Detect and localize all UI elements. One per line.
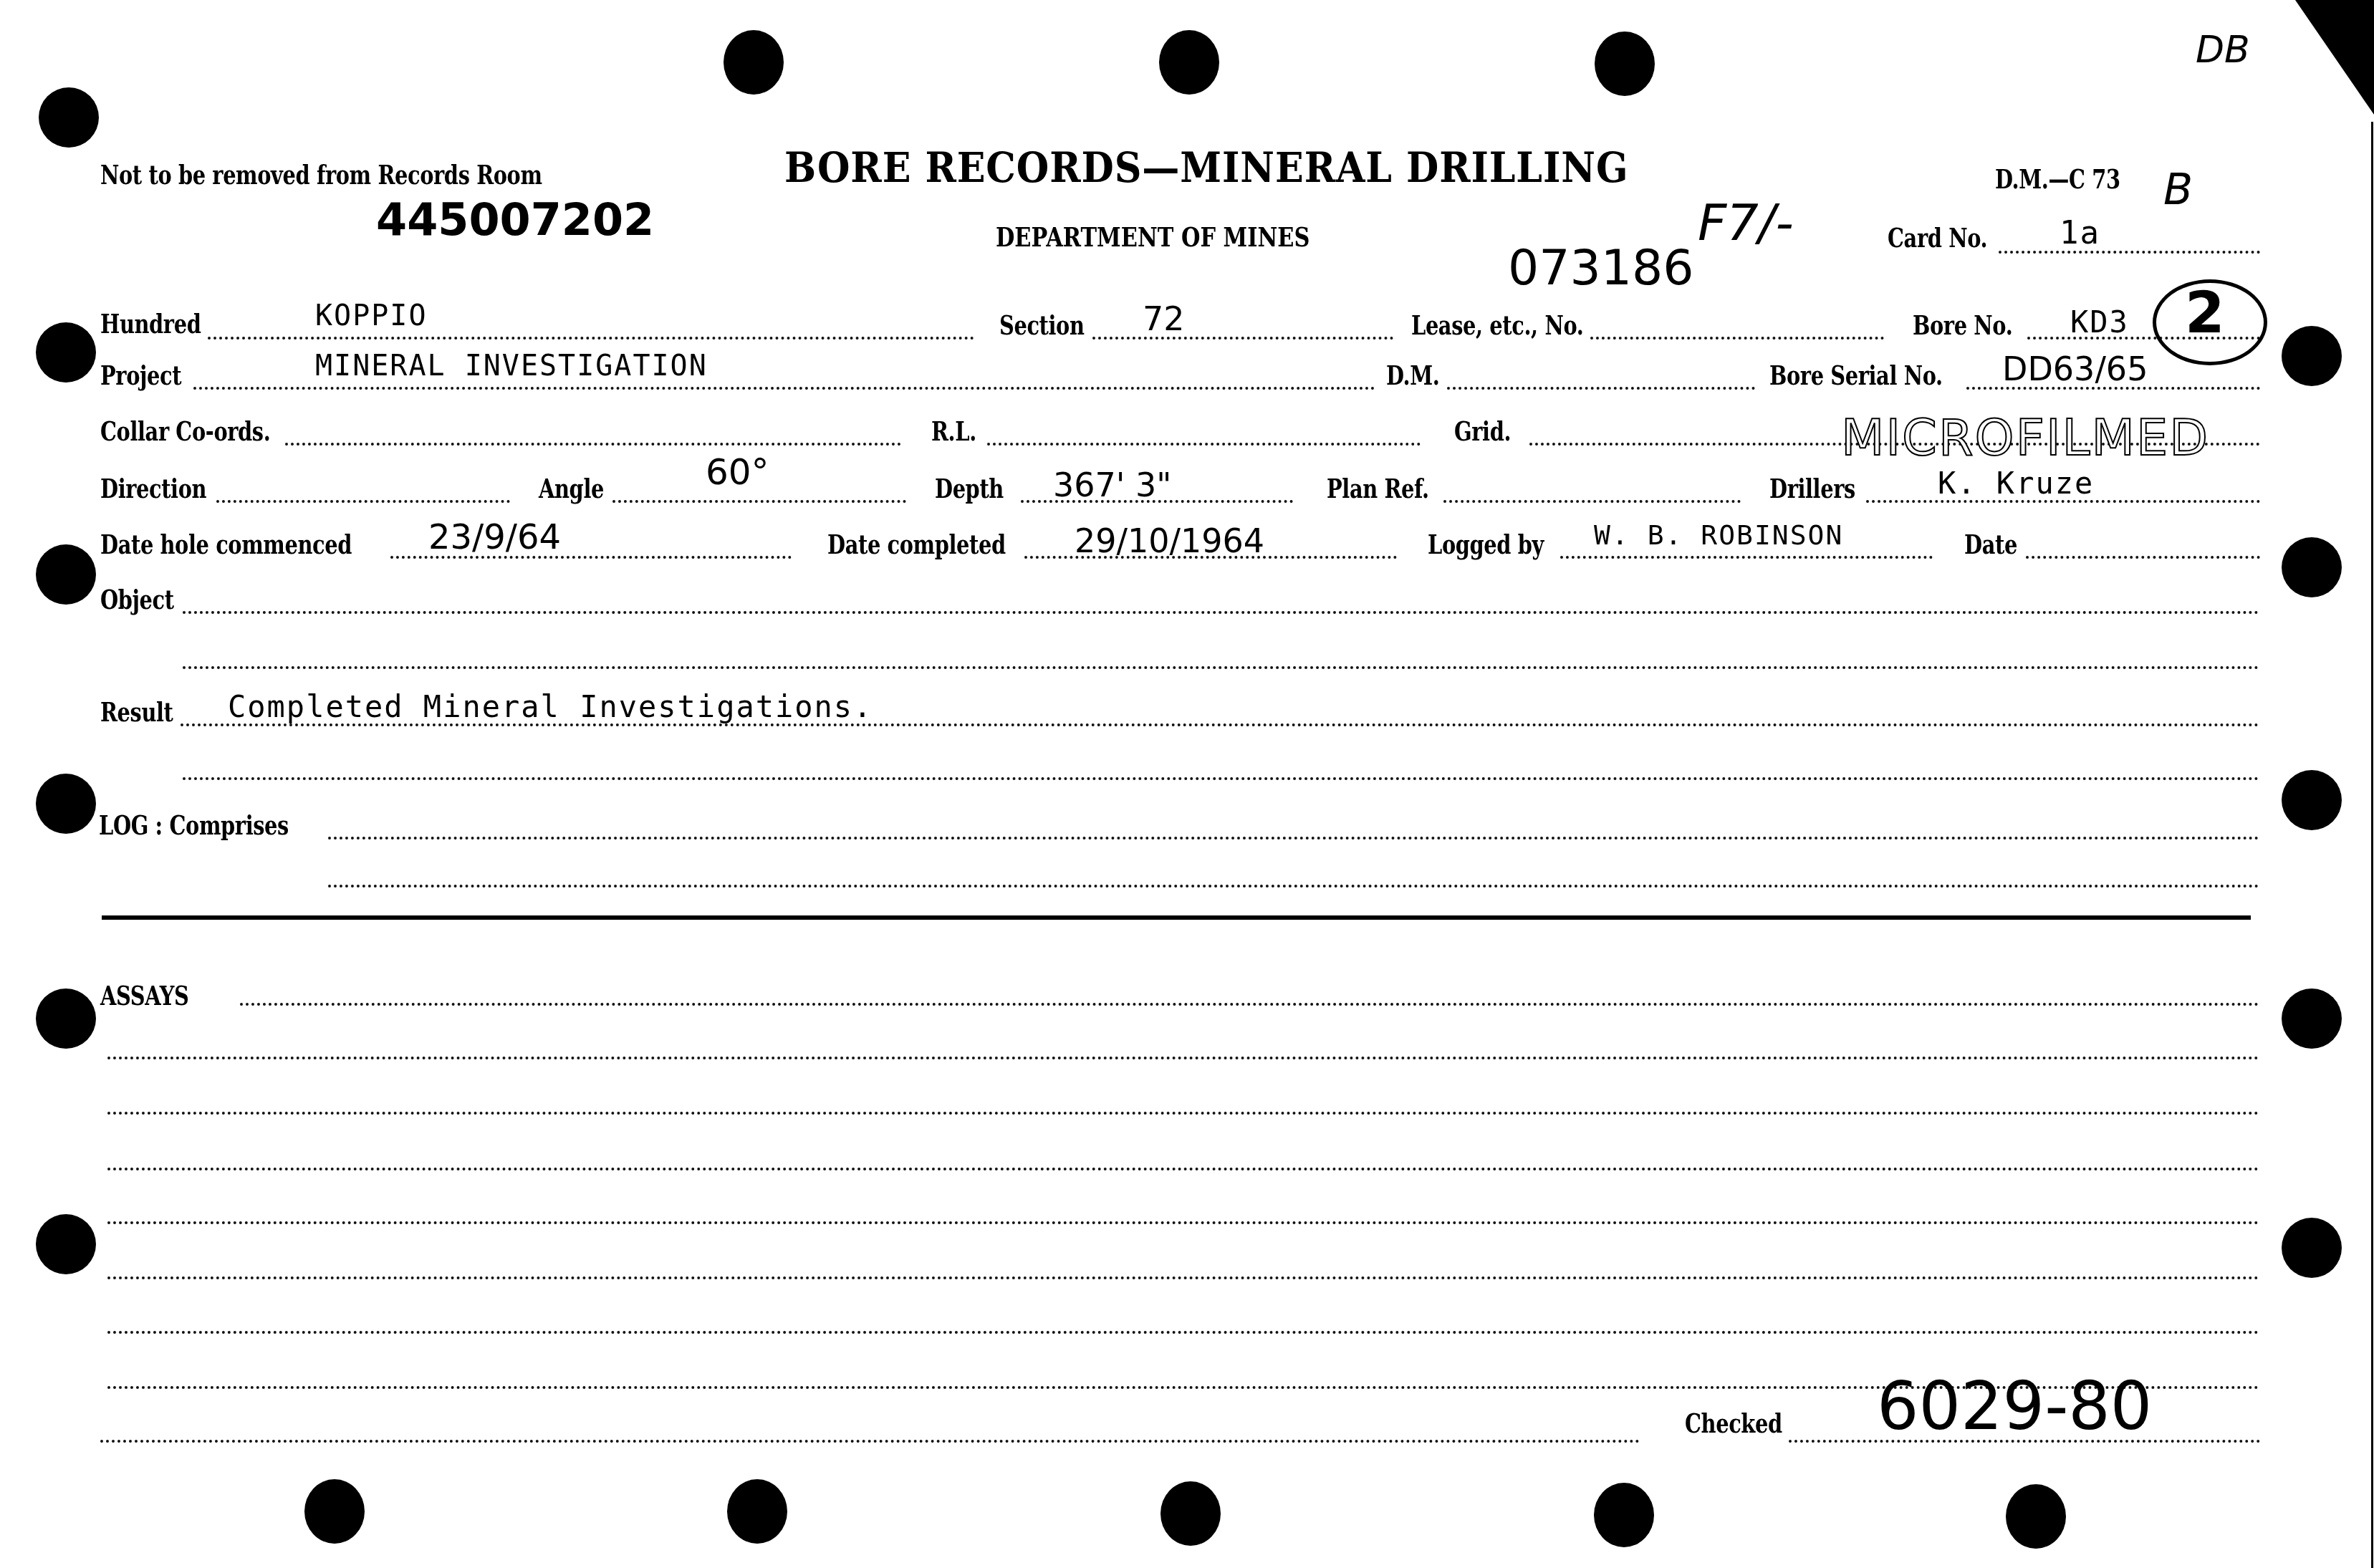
punch-hole (724, 30, 784, 95)
plan-ref-label: Plan Ref. (1327, 473, 1429, 504)
checked-label: Checked (1685, 1408, 1782, 1439)
punch-hole (2282, 989, 2342, 1049)
card-no-label: Card No. (1888, 222, 1987, 254)
rl-label: R.L. (931, 415, 976, 447)
punch-hole (1595, 32, 1655, 96)
assays-line (240, 1003, 2260, 1006)
project-value: MINERAL INVESTIGATION (315, 350, 708, 383)
bore-serial-label: Bore Serial No. (1769, 360, 1943, 391)
date-label: Date (1964, 529, 2017, 560)
assays-line (107, 1168, 2260, 1170)
handwritten-reference: 073186 (1508, 240, 1694, 297)
direction-label: Direction (100, 473, 206, 504)
object-label: Object (100, 584, 174, 615)
plan-ref-line (1443, 500, 1741, 503)
log-line-2 (328, 885, 2260, 888)
date-completed-label: Date completed (827, 529, 1006, 560)
assays-line (107, 1057, 2260, 1059)
logged-by-line (1560, 556, 1933, 559)
punch-hole (304, 1479, 365, 1544)
lease-line (1590, 337, 1884, 340)
punch-hole (2282, 1218, 2342, 1278)
punch-hole (2282, 537, 2342, 597)
punch-hole (1159, 30, 1219, 95)
assays-line (107, 1276, 2260, 1279)
angle-label: Angle (539, 473, 604, 504)
department-name: DEPARTMENT OF MINES (996, 221, 1309, 253)
punch-hole (36, 322, 96, 383)
card-right-edge (2371, 122, 2373, 1568)
hundred-line (208, 337, 974, 340)
dm-label: D.M. (1386, 360, 1439, 391)
angle-value: 60° (706, 451, 769, 493)
grid-label: Grid. (1454, 415, 1511, 447)
handwritten-initials: DB (2196, 29, 2250, 72)
punch-hole (39, 87, 99, 148)
punch-hole (2282, 326, 2342, 386)
project-line (193, 387, 1375, 390)
punch-hole (36, 989, 96, 1049)
date-line (2026, 556, 2260, 559)
result-value: Completed Mineral Investigations. (228, 689, 873, 724)
project-label: Project (100, 360, 181, 391)
date-commenced-value: 23/9/64 (428, 517, 561, 557)
bore-no-circled-number: 2 (2185, 279, 2225, 346)
logged-by-value: W. B. ROBINSON (1594, 519, 1843, 551)
logged-by-label: Logged by (1428, 529, 1544, 560)
rl-line (987, 443, 1421, 446)
assays-line-last (100, 1440, 1640, 1443)
punch-hole (2282, 770, 2342, 830)
collar-coords-line (285, 443, 901, 446)
angle-line (612, 500, 906, 503)
microfilmed-stamp: MICROFILMED (1841, 408, 2209, 467)
result-label: Result (100, 696, 173, 728)
depth-label: Depth (935, 473, 1004, 504)
checked-value: 6029-80 (1877, 1368, 2152, 1445)
section-line (1092, 337, 1393, 340)
hundred-label: Hundred (100, 308, 201, 340)
result-line-2 (183, 777, 2260, 780)
log-comprises-label: LOG : Comprises (99, 809, 289, 841)
handwritten-record-number: 445007202 (376, 193, 654, 246)
punch-hole (2006, 1484, 2066, 1549)
card-no-value: 1a (2060, 215, 2100, 251)
bore-no-value: KD3 (2070, 304, 2129, 340)
punch-hole (36, 1214, 96, 1274)
date-commenced-label: Date hole commenced (100, 529, 352, 560)
records-room-notice: Not to be removed from Records Room (100, 159, 542, 191)
punch-hole (727, 1479, 787, 1544)
bore-no-label: Bore No. (1913, 309, 2012, 341)
direction-line (216, 500, 510, 503)
dm-line (1447, 387, 1755, 390)
section-divider-rule (102, 915, 2251, 920)
punch-hole (36, 774, 96, 834)
assays-line (107, 1112, 2260, 1115)
section-label: Section (999, 309, 1085, 341)
lease-label: Lease, etc., No. (1411, 309, 1583, 341)
form-code: D.M.—C 73 (1995, 163, 2120, 195)
punch-hole (1594, 1483, 1654, 1547)
object-line (183, 611, 2260, 614)
drillers-label: Drillers (1769, 473, 1855, 504)
punch-hole (1160, 1481, 1221, 1546)
date-completed-value: 29/10/1964 (1075, 521, 1264, 560)
bore-serial-value: DD63/65 (2002, 350, 2148, 388)
form-title: BORE RECORDS—MINERAL DRILLING (784, 143, 1628, 192)
hundred-value: KOPPIO (315, 299, 428, 332)
card-no-line (1999, 251, 2260, 254)
assays-line (107, 1221, 2260, 1224)
handwritten-mark: F7/- (1698, 193, 1794, 252)
object-line-2 (183, 666, 2260, 669)
assays-label: ASSAYS (100, 980, 189, 1011)
log-line (328, 837, 2260, 840)
section-value: 72 (1143, 299, 1185, 338)
collar-coords-label: Collar Co-ords. (100, 415, 270, 447)
form-code-suffix: B (2163, 165, 2193, 215)
drillers-value: K. Kruze (1938, 466, 2094, 501)
assays-line (107, 1331, 2260, 1334)
card-corner-cut (2295, 0, 2374, 115)
punch-hole (36, 544, 96, 605)
depth-value: 367' 3" (1053, 466, 1172, 504)
